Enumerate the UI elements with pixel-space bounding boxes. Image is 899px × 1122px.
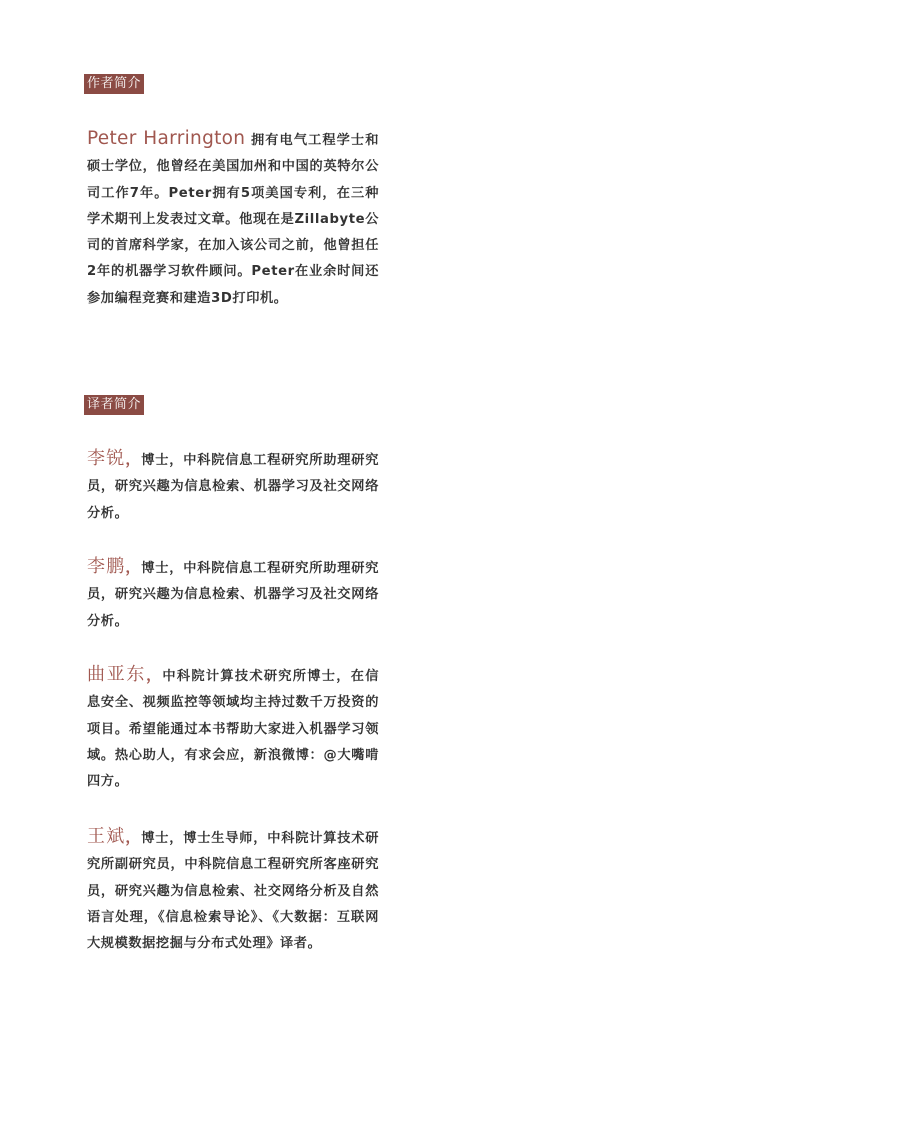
- name-separator: ，: [125, 450, 141, 468]
- author-bio-peter-harrington: Peter Harrington 拥有电气工程学士和硕士学位，他曾经在美国加州和…: [87, 126, 379, 312]
- translator-name: 曲亚东: [87, 664, 146, 685]
- author-bio-text: 拥有电气工程学士和硕士学位，他曾经在美国加州和中国的英特尔公司工作7年。Pete…: [87, 133, 379, 306]
- name-separator: ，: [146, 666, 162, 684]
- name-separator: ，: [125, 828, 141, 846]
- translator-name: 王斌: [87, 826, 125, 847]
- translator-bio-li-peng: 李鹏，博士，中科院信息工程研究所助理研究员，研究兴趣为信息检索、机器学习及社交网…: [87, 554, 379, 635]
- name-separator: ，: [125, 558, 141, 576]
- translator-bio-text: 中科院计算技术研究所博士，在信息安全、视频监控等领域均主持过数千万投资的项目。希…: [87, 669, 379, 789]
- author-name: Peter Harrington: [87, 128, 245, 149]
- author-intro-heading: 作者简介: [84, 74, 144, 94]
- translator-intro-heading: 译者简介: [84, 395, 144, 415]
- translator-bio-li-rui: 李锐，博士，中科院信息工程研究所助理研究员，研究兴趣为信息检索、机器学习及社交网…: [87, 446, 379, 527]
- translator-name: 李锐: [87, 448, 125, 469]
- translator-bio-qu-yadong: 曲亚东，中科院计算技术研究所博士，在信息安全、视频监控等领域均主持过数千万投资的…: [87, 662, 379, 795]
- translator-bio-wang-bin: 王斌，博士，博士生导师，中科院计算技术研究所副研究员，中科院信息工程研究所客座研…: [87, 824, 379, 957]
- translator-name: 李鹏: [87, 556, 125, 577]
- translator-bio-text: 博士，博士生导师，中科院计算技术研究所副研究员，中科院信息工程研究所客座研究员，…: [87, 831, 379, 951]
